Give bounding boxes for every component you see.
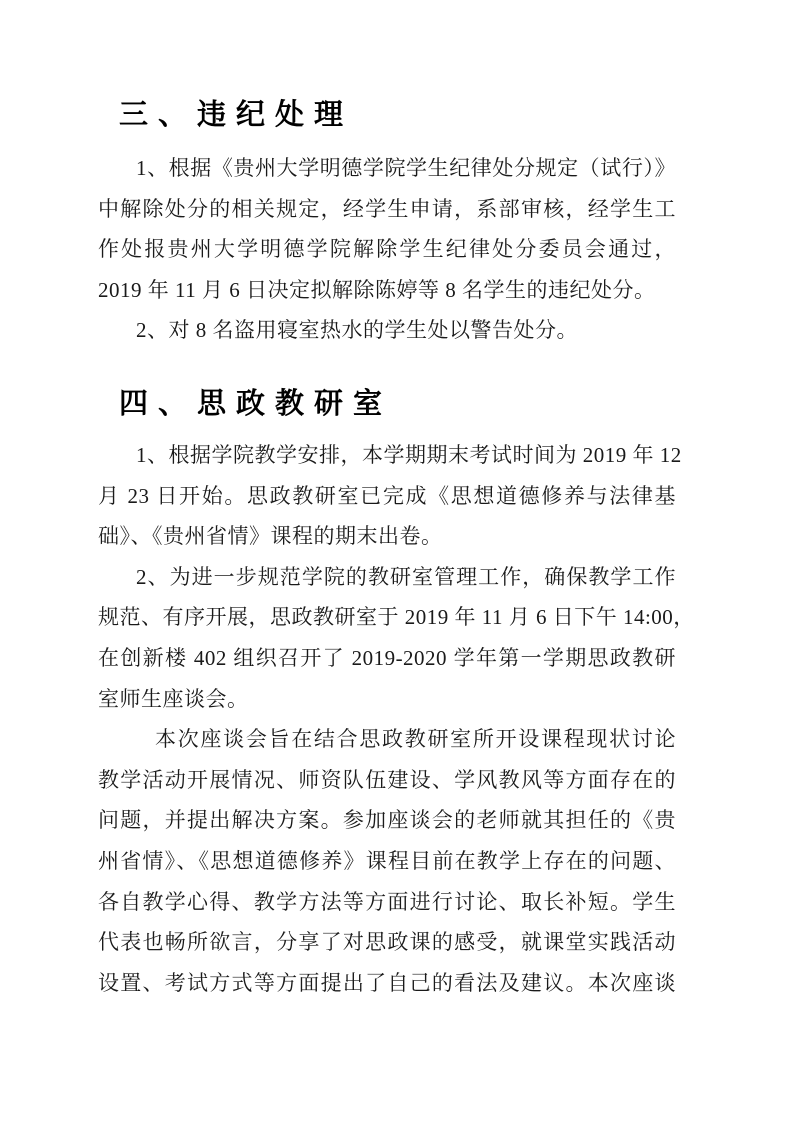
body-line: 州省情》、《思想道德修养》课程目前在教学上存在的问题、 bbox=[98, 841, 676, 882]
section-heading-teaching-office: 四、思政教研室 bbox=[119, 387, 676, 421]
body-line: 础》、《贵州省情》课程的期末出卷。 bbox=[98, 516, 676, 557]
body-line: 教学活动开展情况、师资队伍建设、学风教风等方面存在的 bbox=[98, 760, 676, 801]
body-line: 本次座谈会旨在结合思政教研室所开设课程现状讨论 bbox=[98, 719, 676, 760]
body-line: 代表也畅所欲言，分享了对思政课的感受，就课堂实践活动 bbox=[98, 922, 676, 963]
body-line: 1、根据《贵州大学明德学院学生纪律处分规定（试行）》 bbox=[98, 148, 676, 189]
body-line: 作处报贵州大学明德学院解除学生纪律处分委员会通过， bbox=[98, 229, 676, 270]
body-line: 各自教学心得、教学方法等方面进行讨论、取长补短。学生 bbox=[98, 882, 676, 923]
document-page: 三、违纪处理 1、根据《贵州大学明德学院学生纪律处分规定（试行）》 中解除处分的… bbox=[0, 0, 793, 1122]
body-line: 规范、有序开展，思政教研室于 2019 年 11 月 6 日下午 14:00， bbox=[98, 597, 676, 638]
body-line: 设置、考试方式等方面提出了自己的看法及建议。本次座谈 bbox=[98, 963, 676, 1004]
body-line: 2、为进一步规范学院的教研室管理工作，确保教学工作 bbox=[98, 557, 676, 598]
body-line: 2019 年 11 月 6 日决定拟解除陈婷等 8 名学生的违纪处分。 bbox=[98, 270, 676, 311]
body-line: 问题，并提出解决方案。参加座谈会的老师就其担任的《贵 bbox=[98, 800, 676, 841]
section-heading-discipline: 三、违纪处理 bbox=[119, 98, 676, 132]
document-content: 三、违纪处理 1、根据《贵州大学明德学院学生纪律处分规定（试行）》 中解除处分的… bbox=[98, 0, 676, 1003]
body-line: 1、根据学院教学安排，本学期期末考试时间为 2019 年 12 bbox=[98, 435, 676, 476]
body-line: 月 23 日开始。思政教研室已完成《思想道德修养与法律基 bbox=[98, 476, 676, 517]
body-line: 在创新楼 402 组织召开了 2019-2020 学年第一学期思政教研 bbox=[98, 638, 676, 679]
body-line: 中解除处分的相关规定，经学生申请，系部审核，经学生工 bbox=[98, 189, 676, 230]
body-line: 2、对 8 名盗用寝室热水的学生处以警告处分。 bbox=[98, 310, 676, 351]
body-line: 室师生座谈会。 bbox=[98, 679, 676, 720]
